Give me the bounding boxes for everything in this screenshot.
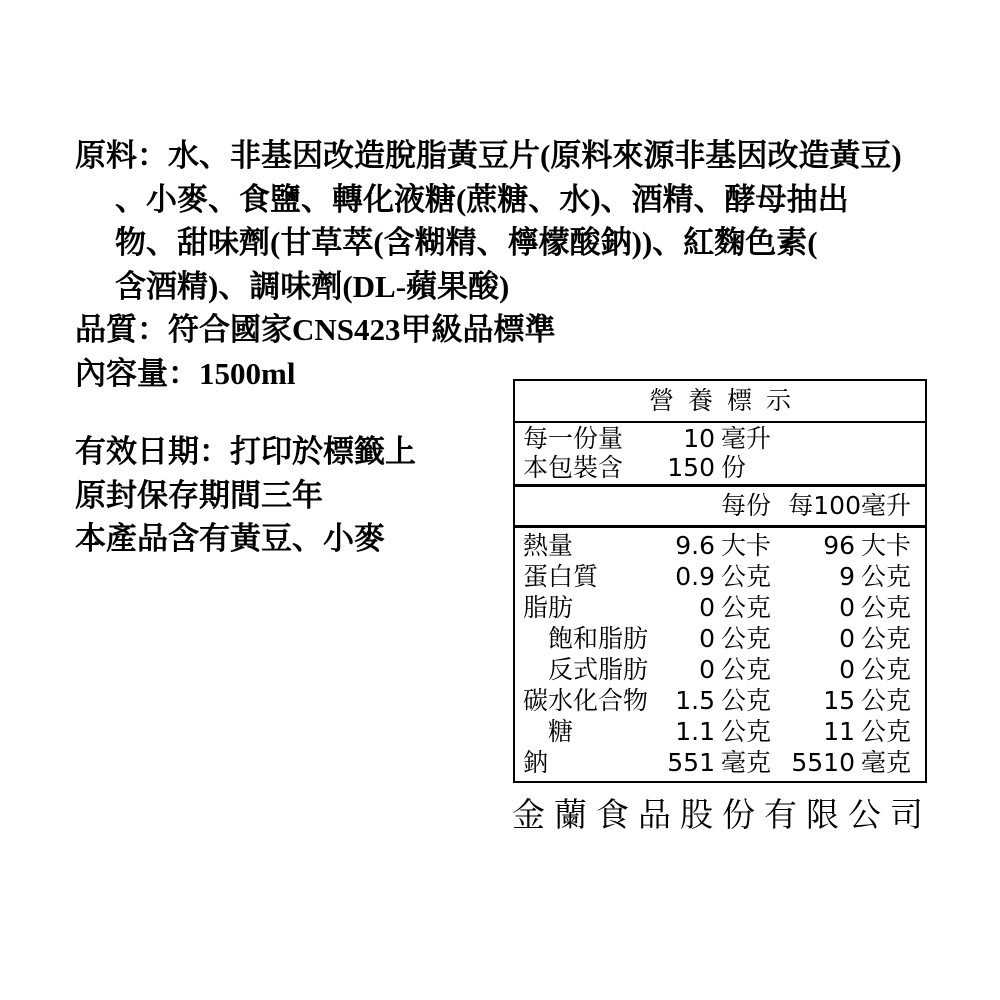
servings-per-pack-label: 本包裝含 [523,453,649,482]
row-per-serving-value: 9.6 [649,530,715,561]
nutrition-row-fat: 脂肪 0 公克 0 公克 [515,592,925,623]
servings-per-pack-unit: 份 [715,453,771,482]
row-per-100ml-value: 0 [771,623,855,654]
row-per-100ml-unit: 公克 [855,561,911,592]
row-per-serving-unit: 毫克 [715,747,771,778]
row-per-100ml-unit: 毫克 [855,747,911,778]
row-per-serving-unit: 大卡 [715,530,771,561]
row-per-serving-unit: 公克 [715,716,771,747]
nutrition-table: 營養標示 每一份量 10 毫升 本包裝含 150 份 每份 每100毫升 熱量 … [513,379,927,783]
nutrition-row-sugar: 糖 1.1 公克 11 公克 [515,716,925,747]
row-per-100ml-unit: 公克 [855,623,911,654]
servings-per-pack-row: 本包裝含 150 份 [515,453,925,482]
row-label: 碳水化合物 [523,685,649,716]
nutrition-row-saturated-fat: 飽和脂肪 0 公克 0 公克 [515,623,925,654]
row-label: 飽和脂肪 [523,623,649,654]
row-label: 鈉 [523,747,649,778]
row-label: 糖 [523,716,649,747]
row-per-100ml-unit: 公克 [855,716,911,747]
row-per-serving-value: 0 [649,654,715,685]
ingredients-line-1: 原料：水、非基因改造脫脂黃豆片(原料來源非基因改造黃豆) [75,134,955,178]
nutrition-title: 營養標示 [515,381,925,423]
row-per-serving-value: 0.9 [649,561,715,592]
row-per-serving-value: 0 [649,592,715,623]
product-label: 原料：水、非基因改造脫脂黃豆片(原料來源非基因改造黃豆) 、小麥、食鹽、轉化液糖… [0,0,1000,1000]
column-per-100ml: 每100毫升 [771,487,911,525]
serving-size-row: 每一份量 10 毫升 [515,424,925,453]
row-per-100ml-unit: 公克 [855,654,911,685]
nutrition-column-header: 每份 每100毫升 [515,487,925,528]
row-label: 反式脂肪 [523,654,649,685]
row-per-100ml-value: 11 [771,716,855,747]
row-per-serving-unit: 公克 [715,561,771,592]
servings-per-pack-value: 150 [649,453,715,482]
row-per-100ml-value: 15 [771,685,855,716]
serving-size-label: 每一份量 [523,424,649,453]
column-per-serving: 每份 [649,487,771,525]
nutrition-row-trans-fat: 反式脂肪 0 公克 0 公克 [515,654,925,685]
serving-size-value: 10 [649,424,715,453]
nutrition-rows: 熱量 9.6 大卡 96 大卡 蛋白質 0.9 公克 9 公克 脂肪 0 公克 … [515,528,925,781]
row-per-serving-unit: 公克 [715,685,771,716]
row-per-serving-value: 1.5 [649,685,715,716]
row-per-serving-unit: 公克 [715,654,771,685]
row-per-100ml-value: 5510 [771,747,855,778]
nutrition-row-sodium: 鈉 551 毫克 5510 毫克 [515,747,925,778]
quality-line: 品質：符合國家CNS423甲級品標準 [75,308,955,352]
row-per-100ml-unit: 公克 [855,592,911,623]
ingredients-line-3: 物、甜味劑(甘草萃(含糊精、檸檬酸鈉))、紅麴色素( [115,221,955,265]
ingredients-line-2: 、小麥、食鹽、轉化液糖(蔗糖、水)、酒精、酵母抽出 [115,178,955,222]
row-per-100ml-value: 0 [771,654,855,685]
row-per-serving-value: 0 [649,623,715,654]
row-per-serving-value: 1.1 [649,716,715,747]
nutrition-row-carbohydrate: 碳水化合物 1.5 公克 15 公克 [515,685,925,716]
nutrition-row-protein: 蛋白質 0.9 公克 9 公克 [515,561,925,592]
nutrition-serving-section: 每一份量 10 毫升 本包裝含 150 份 [515,423,925,487]
row-per-serving-unit: 公克 [715,592,771,623]
nutrition-row-calories: 熱量 9.6 大卡 96 大卡 [515,530,925,561]
row-per-100ml-unit: 公克 [855,685,911,716]
row-per-serving-value: 551 [649,747,715,778]
row-per-100ml-value: 9 [771,561,855,592]
row-per-100ml-value: 96 [771,530,855,561]
row-label: 脂肪 [523,592,649,623]
ingredients-line-4: 含酒精)、調味劑(DL-蘋果酸) [115,265,955,309]
row-per-serving-unit: 公克 [715,623,771,654]
ingredients-block: 原料：水、非基因改造脫脂黃豆片(原料來源非基因改造黃豆) 、小麥、食鹽、轉化液糖… [75,134,955,395]
company-name: 金蘭食品股份有限公司 [512,789,942,836]
row-label: 蛋白質 [523,561,649,592]
row-per-100ml-value: 0 [771,592,855,623]
serving-size-unit: 毫升 [715,424,771,453]
row-per-100ml-unit: 大卡 [855,530,911,561]
row-label: 熱量 [523,530,649,561]
